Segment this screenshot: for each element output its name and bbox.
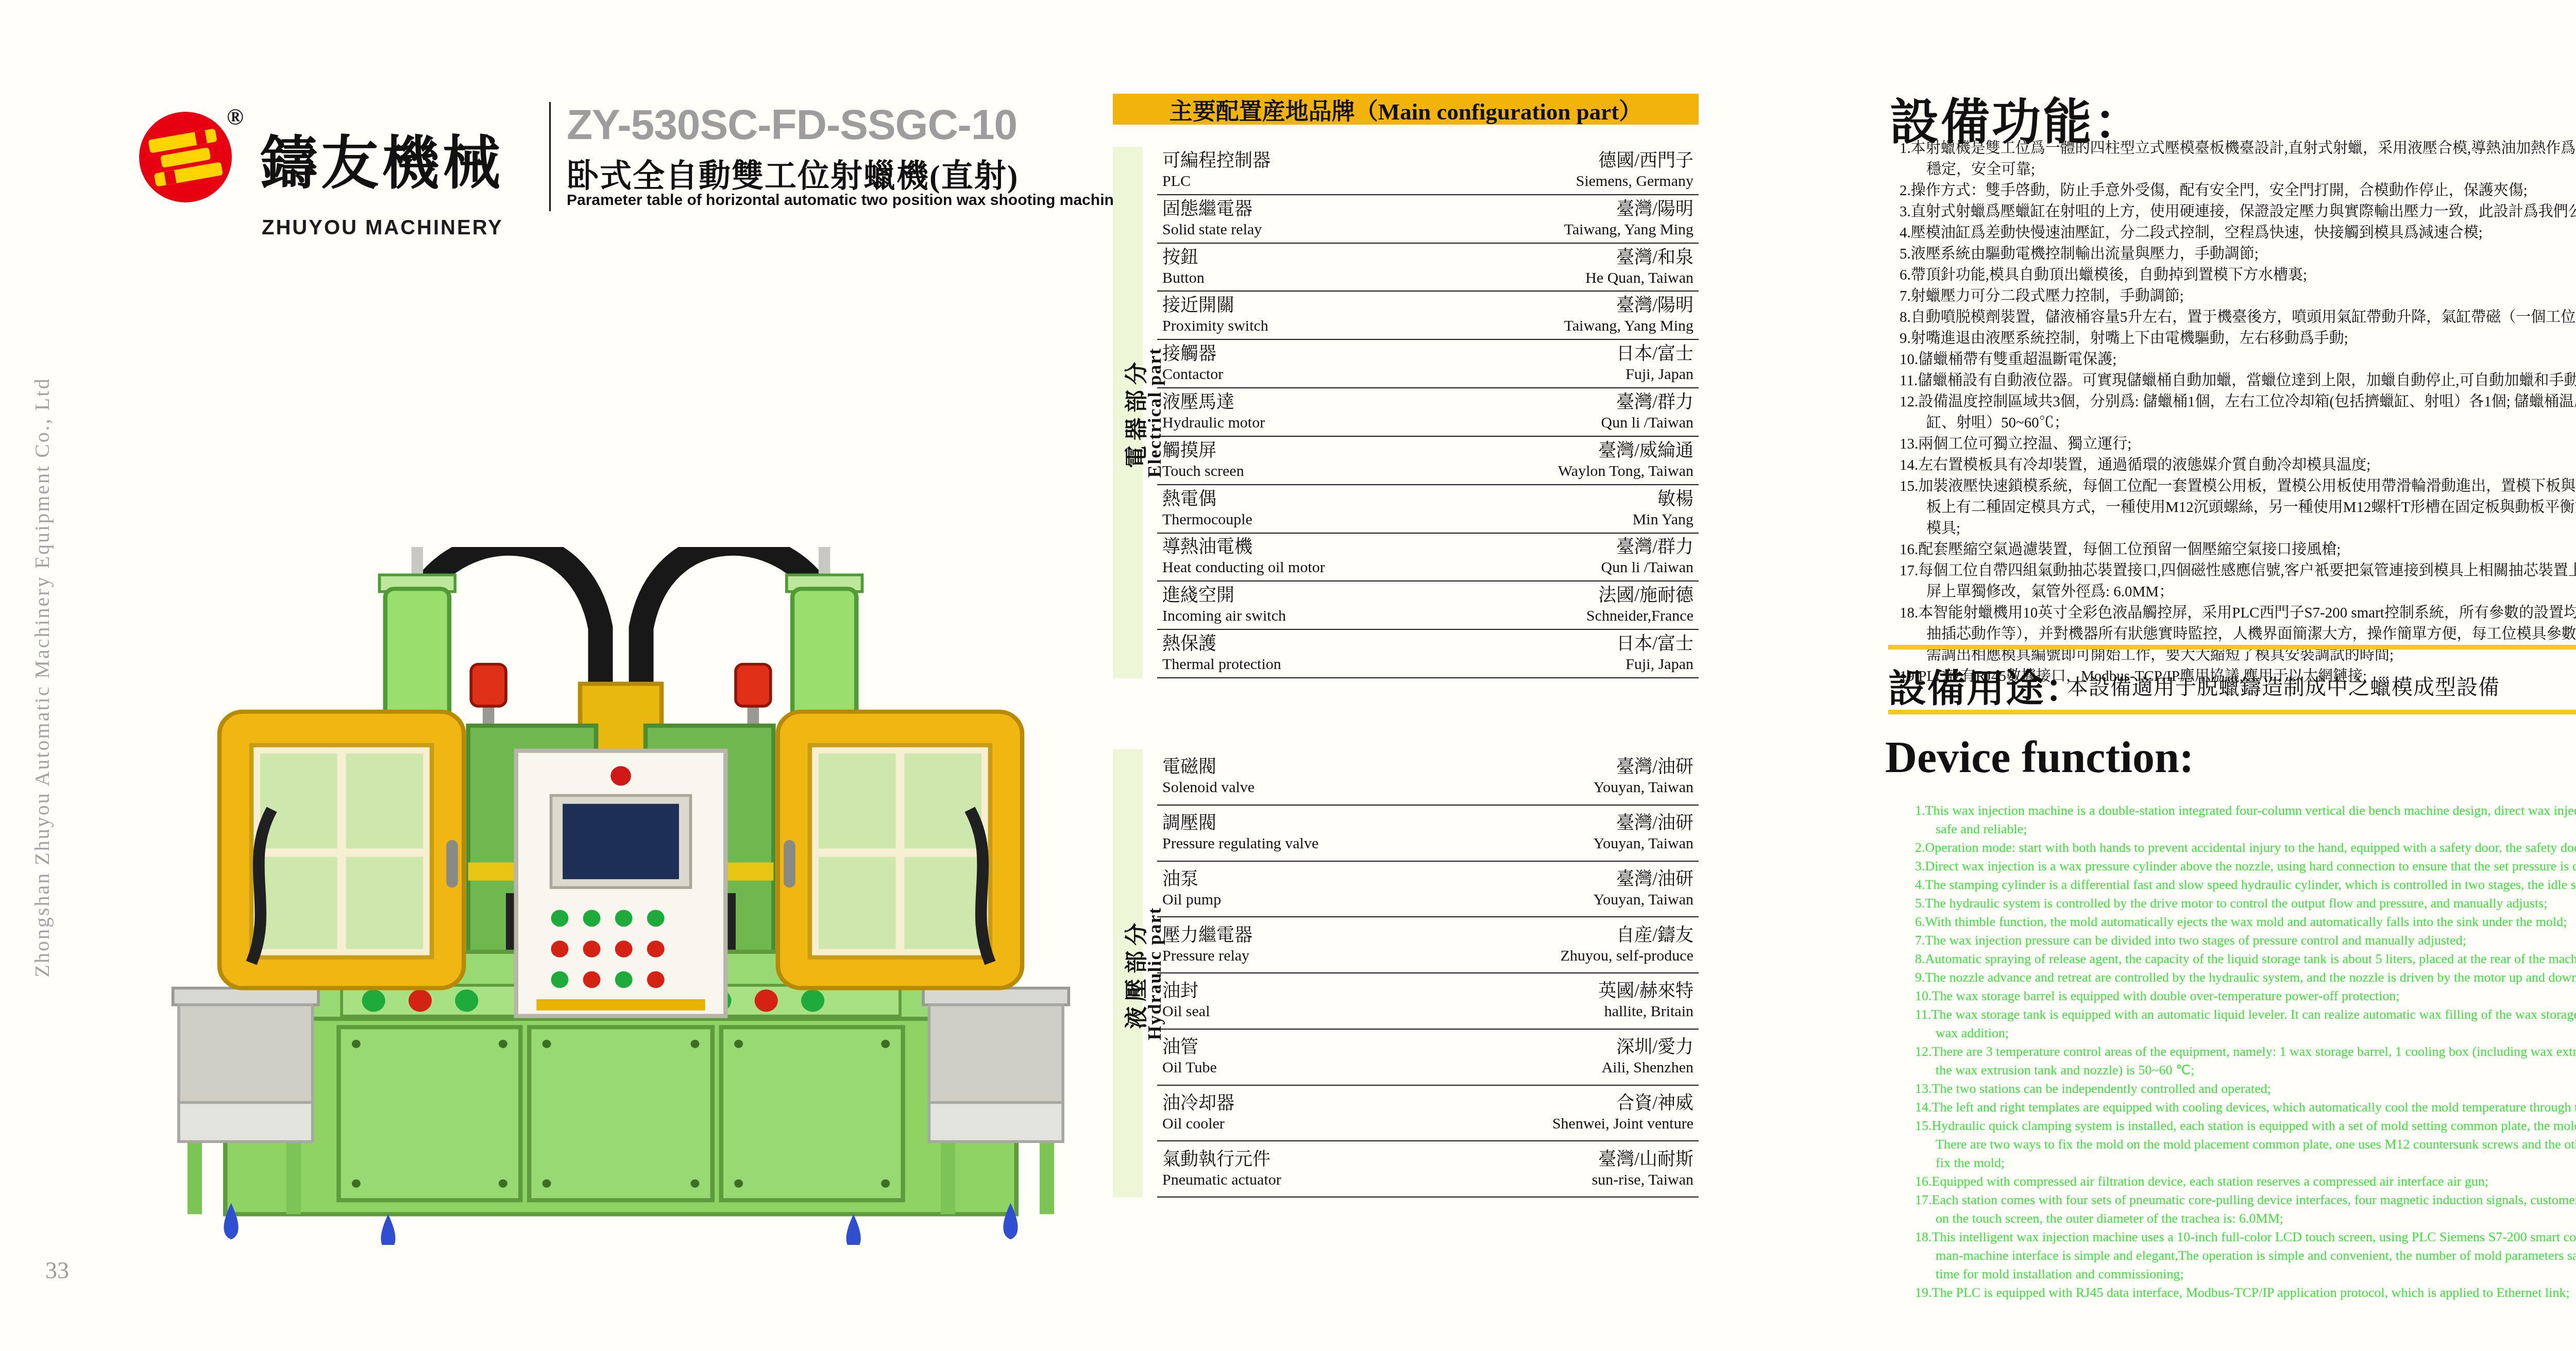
part-origin-cn: 深圳/愛力 — [1450, 1036, 1693, 1058]
part-origin-cn: 臺灣/油研 — [1450, 756, 1693, 778]
list-item: 19.The PLC is equipped with RJ45 data in… — [1915, 1284, 2576, 1302]
list-item: 10.儲蠟桶帶有雙重超温斷電保護; — [1900, 349, 2576, 370]
part-origin: 日本/富士 Fuji, Japan — [1450, 633, 1699, 674]
part-name: 固態繼電器 Solid state relay — [1157, 198, 1450, 240]
part-name: 油冷却器 Oil cooler — [1157, 1092, 1450, 1134]
device-function-en-heading: Device function: — [1885, 731, 2194, 783]
electrical-part-label-en: Electrical part — [1144, 348, 1165, 478]
table-row: 熱保護 Thermal protection 日本/富士 Fuji, Japan — [1157, 630, 1699, 678]
list-item: 3.Direct wax injection is a wax pressure… — [1915, 857, 2576, 876]
list-item: 1.This wax injection machine is a double… — [1915, 801, 2576, 839]
part-origin-en: Youyan, Taiwan — [1450, 834, 1693, 853]
list-item: 6.帶頂針功能,模具自動頂出蠟模後，自動掉到置模下方水槽裏; — [1900, 265, 2576, 286]
list-item: 11.儲蠟桶設有自動液位器。可實現儲蠟桶自動加蠟，當蠟位達到上限，加蠟自動停止,… — [1900, 370, 2576, 391]
part-name: 接觸器 Contactor — [1157, 343, 1450, 384]
part-origin-en: Zhuyou, self-produce — [1450, 946, 1693, 966]
machine-title-en: Parameter table of horizontal automatic … — [567, 192, 1122, 209]
hydraulic-part-label-en: Hydraulic part — [1144, 907, 1165, 1040]
table-row: 固態繼電器 Solid state relay 臺灣/陽明 Taiwang, Y… — [1157, 195, 1699, 244]
part-name: 進綫空開 Incoming air switch — [1157, 585, 1450, 626]
part-name-cn: 壓力繼電器 — [1162, 925, 1450, 946]
part-origin-en: Min Yang — [1450, 510, 1693, 529]
part-name-en: Thermal protection — [1162, 655, 1450, 674]
part-origin: 法國/施耐德 Schneider,France — [1450, 585, 1699, 626]
part-name-cn: 進綫空開 — [1162, 585, 1450, 606]
part-name-cn: 油封 — [1162, 980, 1450, 1002]
table-row: 電磁閥 Solenoid valve 臺灣/油研 Youyan, Taiwan — [1157, 749, 1699, 806]
part-name: 液壓馬達 Hydraulic motor — [1157, 391, 1450, 433]
part-origin-cn: 法國/施耐德 — [1450, 585, 1693, 606]
list-item: 9.射嘴進退由液壓系統控制，射嘴上下由電機驅動，左右移動爲手動; — [1900, 328, 2576, 349]
divider-rule-top — [1888, 645, 2576, 649]
part-name-cn: 油管 — [1162, 1036, 1450, 1058]
sidebar-company-text: Zhongshan Zhuyou Automatic Machinery Equ… — [30, 378, 54, 978]
part-origin-en: Waylon Tong, Taiwan — [1450, 461, 1693, 481]
part-name-en: Button — [1162, 268, 1450, 288]
part-origin-cn: 自産/鑄友 — [1450, 925, 1693, 946]
equipment-usage-cn-heading: 設備用途： — [1888, 658, 2084, 713]
part-name-en: Thermocouple — [1162, 510, 1450, 529]
electrical-part-band: 電器部分 Electrical part — [1113, 147, 1143, 678]
part-origin-cn: 臺灣/群力 — [1450, 391, 1693, 413]
list-item: 2.操作方式：雙手啓動，防止手意外受傷，配有安全門，安全門打開，合模動作停止，保… — [1900, 180, 2576, 201]
part-name: 按鈕 Button — [1157, 247, 1450, 288]
list-item: 6.With thimble function, the mold automa… — [1915, 913, 2576, 931]
list-item: 4.The stamping cylinder is a differentia… — [1915, 876, 2576, 894]
part-name: 導熱油電機 Heat conducting oil motor — [1157, 536, 1450, 577]
part-name-en: Incoming air switch — [1162, 606, 1450, 626]
part-origin-cn: 德國/西門子 — [1450, 150, 1693, 172]
list-item: 12.設備温度控制區域共3個，分别爲: 儲蠟桶1個，左右工位冷却箱(包括擠蠟缸、… — [1900, 391, 2576, 434]
config-section-hydraulic: 液壓部分 Hydraulic part 電磁閥 Solenoid valve 臺… — [1113, 749, 1699, 1198]
part-name-en: PLC — [1162, 172, 1450, 191]
part-origin: 臺灣/陽明 Taiwang, Yang Ming — [1450, 295, 1699, 336]
table-row: 油管 Oil Tube 深圳/愛力 Aili, Shenzhen — [1157, 1030, 1699, 1086]
list-item: 5.The hydraulic system is controlled by … — [1915, 894, 2576, 913]
page-number: 33 — [45, 1257, 69, 1284]
part-name-cn: 導熱油電機 — [1162, 536, 1450, 558]
list-item: 4.壓模油缸爲差動快慢速油壓缸，分二段式控制，空程爲快速，快接觸到模具爲減速合模… — [1900, 223, 2576, 244]
part-origin-en: hallite, Britain — [1450, 1002, 1693, 1021]
equipment-usage-cn-text: 本設備適用于脱蠟鑄造制成中之蠟模成型設備 — [2067, 670, 2500, 700]
part-origin: 深圳/愛力 Aili, Shenzhen — [1450, 1036, 1699, 1078]
list-item: 9.The nozzle advance and retreat are con… — [1915, 968, 2576, 987]
part-origin-en: Taiwang, Yang Ming — [1450, 316, 1693, 336]
part-origin-en: sun-rise, Taiwan — [1450, 1170, 1693, 1190]
table-row: 調壓閥 Pressure regulating valve 臺灣/油研 Youy… — [1157, 806, 1699, 862]
list-item: 8.Automatic spraying of release agent, t… — [1915, 950, 2576, 968]
part-origin: 英國/赫來特 hallite, Britain — [1450, 980, 1699, 1021]
part-name-en: Contactor — [1162, 365, 1450, 384]
part-origin-cn: 日本/富士 — [1450, 343, 1693, 365]
part-name-cn: 熱保護 — [1162, 633, 1450, 655]
list-item: 13.The two stations can be independently… — [1915, 1080, 2576, 1098]
config-table-title: 主要配置産地品牌（Main configuration part） — [1113, 94, 1699, 125]
part-origin: 合資/神威 Shenwei, Joint venture — [1450, 1092, 1699, 1134]
part-name-en: Touch screen — [1162, 461, 1450, 481]
part-name-cn: 接觸器 — [1162, 343, 1450, 365]
part-origin-en: Siemens, Germany — [1450, 172, 1693, 191]
list-item: 2.Operation mode: start with both hands … — [1915, 839, 2576, 857]
list-item: 18.本智能射蠟機用10英寸全彩色液晶觸控屏，采用PLC西門子S7-200 sm… — [1900, 603, 2576, 666]
list-item: 5.液壓系統由驅動電機控制輸出流量與壓力，手動調節; — [1900, 244, 2576, 265]
part-origin: 德國/西門子 Siemens, Germany — [1450, 150, 1699, 191]
hydraulic-rows: 電磁閥 Solenoid valve 臺灣/油研 Youyan, Taiwan … — [1157, 749, 1699, 1198]
part-name-cn: 油冷却器 — [1162, 1092, 1450, 1114]
machine-title-cn: 卧式全自動雙工位射蠟機(直射) — [567, 150, 1019, 196]
list-item: 15.Hydraulic quick clamping system is in… — [1915, 1117, 2576, 1172]
list-item: 16.配套壓縮空氣過濾裝置，每個工位預留一個壓縮空氣接口接風槍; — [1900, 539, 2576, 560]
part-origin: 臺灣/和泉 He Quan, Taiwan — [1450, 247, 1699, 288]
table-row: 油封 Oil seal 英國/赫來特 hallite, Britain — [1157, 973, 1699, 1030]
part-name: 接近開關 Proximity switch — [1157, 295, 1450, 336]
part-name: 觸摸屏 Touch screen — [1157, 440, 1450, 481]
list-item: 18.This intelligent wax injection machin… — [1915, 1228, 2576, 1284]
part-origin-cn: 英國/赫來特 — [1450, 980, 1693, 1002]
part-name-cn: 接近開關 — [1162, 295, 1450, 316]
part-name-cn: 觸摸屏 — [1162, 440, 1450, 461]
part-name-en: Hydraulic motor — [1162, 413, 1450, 433]
device-function-en-list: 1.This wax injection machine is a double… — [1915, 801, 2576, 1302]
part-name-en: Oil seal — [1162, 1002, 1450, 1021]
part-name-en: Solenoid valve — [1162, 778, 1450, 797]
part-name-en: Solid state relay — [1162, 220, 1450, 240]
part-origin-cn: 敏楊 — [1450, 488, 1693, 510]
part-origin-cn: 日本/富士 — [1450, 633, 1693, 655]
part-origin: 自産/鑄友 Zhuyou, self-produce — [1450, 925, 1699, 966]
part-name-en: Pressure regulating valve — [1162, 834, 1450, 853]
part-origin-en: Fuji, Japan — [1450, 655, 1693, 674]
part-origin-cn: 臺灣/威綸通 — [1450, 440, 1693, 461]
divider-rule-bottom — [1888, 710, 2576, 714]
part-origin: 臺灣/威綸通 Waylon Tong, Taiwan — [1450, 440, 1699, 481]
part-origin: 臺灣/陽明 Taiwang, Yang Ming — [1450, 198, 1699, 240]
list-item: 17.Each station comes with four sets of … — [1915, 1191, 2576, 1228]
list-item: 14.左右置模板具有冷却裝置，通過循環的液態媒介質自動冷却模具温度; — [1900, 455, 2576, 476]
table-row: 油泵 Oil pump 臺灣/油研 Youyan, Taiwan — [1157, 862, 1699, 918]
part-name-en: Pneumatic actuator — [1162, 1170, 1450, 1190]
part-origin-en: Youyan, Taiwan — [1450, 890, 1693, 910]
part-origin: 臺灣/群力 Qun li /Taiwan — [1450, 391, 1699, 433]
part-origin-cn: 臺灣/和泉 — [1450, 247, 1693, 268]
list-item: 17.每個工位自帶四組氣動抽芯裝置接口,四個磁性感應信號,客户衹要把氣管連接到模… — [1900, 560, 2576, 603]
part-name-en: Proximity switch — [1162, 316, 1450, 336]
list-item: 10.The wax storage barrel is equipped wi… — [1915, 987, 2576, 1005]
table-row: 接近開關 Proximity switch 臺灣/陽明 Taiwang, Yan… — [1157, 292, 1699, 340]
page-34: Zhongshan Zhuyou Automatic Machinery Equ… — [1771, 0, 2576, 1351]
list-item: 14.The left and right templates are equi… — [1915, 1098, 2576, 1117]
part-name-cn: 氣動執行元件 — [1162, 1149, 1450, 1170]
part-name-en: Pressure relay — [1162, 946, 1450, 966]
table-row: 油冷却器 Oil cooler 合資/神威 Shenwei, Joint ven… — [1157, 1086, 1699, 1142]
part-name-cn: 液壓馬達 — [1162, 391, 1450, 413]
list-item: 1.本射蠟機是雙工位爲一體的四柱型立式壓模臺板機臺設計,直射式射蠟，采用液壓合模… — [1900, 138, 2576, 180]
table-row: 壓力繼電器 Pressure relay 自産/鑄友 Zhuyou, self-… — [1157, 917, 1699, 973]
part-name-en: Oil Tube — [1162, 1058, 1450, 1078]
part-name-en: Heat conducting oil motor — [1162, 558, 1450, 577]
brand-logo-icon: ® — [138, 107, 241, 205]
part-name: 調壓閥 Pressure regulating valve — [1157, 812, 1450, 853]
part-origin-cn: 臺灣/油研 — [1450, 812, 1693, 834]
list-item: 11.The wax storage tank is equipped with… — [1915, 1005, 2576, 1042]
table-row: 進綫空開 Incoming air switch 法國/施耐德 Schneide… — [1157, 582, 1699, 630]
part-origin: 臺灣/群力 Qun li /Taiwan — [1450, 536, 1699, 577]
table-row: 觸摸屏 Touch screen 臺灣/威綸通 Waylon Tong, Tai… — [1157, 437, 1699, 485]
part-origin-cn: 臺灣/油研 — [1450, 868, 1693, 890]
part-name-cn: 固態繼電器 — [1162, 198, 1450, 220]
part-name-cn: 油泵 — [1162, 868, 1450, 890]
part-origin-en: Qun li /Taiwan — [1450, 558, 1693, 577]
part-origin-en: Aili, Shenzhen — [1450, 1058, 1693, 1078]
part-name-cn: 按鈕 — [1162, 247, 1450, 268]
part-origin-cn: 臺灣/群力 — [1450, 536, 1693, 558]
part-origin-en: He Quan, Taiwan — [1450, 268, 1693, 288]
part-origin: 日本/富士 Fuji, Japan — [1450, 343, 1699, 384]
header-divider — [549, 102, 551, 211]
table-row: 可編程控制器 PLC 德國/西門子 Siemens, Germany — [1157, 147, 1699, 195]
table-row: 接觸器 Contactor 日本/富士 Fuji, Japan — [1157, 340, 1699, 388]
part-name-cn: 電磁閥 — [1162, 756, 1450, 778]
part-name: 油管 Oil Tube — [1157, 1036, 1450, 1078]
electrical-rows: 可編程控制器 PLC 德國/西門子 Siemens, Germany 固態繼電器… — [1157, 147, 1699, 678]
part-name: 電磁閥 Solenoid valve — [1157, 756, 1450, 797]
list-item: 7.射蠟壓力可分二段式壓力控制，手動調節; — [1900, 286, 2576, 307]
part-name-cn: 熱電偶 — [1162, 488, 1450, 510]
brand-name-en: ZHUYOU MACHINERY — [262, 216, 503, 240]
part-origin-cn: 臺灣/陽明 — [1450, 198, 1693, 220]
part-name: 氣動執行元件 Pneumatic actuator — [1157, 1149, 1450, 1190]
part-origin-en: Qun li /Taiwan — [1450, 413, 1693, 433]
table-row: 導熱油電機 Heat conducting oil motor 臺灣/群力 Qu… — [1157, 534, 1699, 582]
part-origin: 臺灣/油研 Youyan, Taiwan — [1450, 812, 1699, 853]
brand-name-cn: 鑄友機械 — [260, 117, 503, 200]
part-name: 熱保護 Thermal protection — [1157, 633, 1450, 674]
part-origin: 敏楊 Min Yang — [1450, 488, 1699, 529]
device-function-cn-list: 1.本射蠟機是雙工位爲一體的四柱型立式壓模臺板機臺設計,直射式射蠟，采用液壓合模… — [1900, 138, 2576, 687]
table-row: 氣動執行元件 Pneumatic actuator 臺灣/山耐斯 sun-ris… — [1157, 1141, 1699, 1198]
table-row: 按鈕 Button 臺灣/和泉 He Quan, Taiwan — [1157, 244, 1699, 292]
part-name: 可編程控制器 PLC — [1157, 150, 1450, 191]
table-row: 熱電偶 Thermocouple 敏楊 Min Yang — [1157, 485, 1699, 534]
list-item: 13.兩個工位可獨立控温、獨立運行; — [1900, 434, 2576, 455]
part-name-en: Oil pump — [1162, 890, 1450, 910]
part-origin-en: Schneider,France — [1450, 606, 1693, 626]
list-item: 16.Equipped with compressed air filtrati… — [1915, 1172, 2576, 1191]
part-origin-en: Fuji, Japan — [1450, 365, 1693, 384]
hydraulic-part-band: 液壓部分 Hydraulic part — [1113, 749, 1143, 1198]
config-section-electrical: 電器部分 Electrical part 可編程控制器 PLC 德國/西門子 S… — [1113, 147, 1699, 678]
part-name: 熱電偶 Thermocouple — [1157, 488, 1450, 529]
registered-mark: ® — [227, 104, 244, 130]
page-33: Zhongshan Zhuyou Automatic Machinery Equ… — [0, 0, 1771, 1351]
part-origin-en: Shenwei, Joint venture — [1450, 1114, 1693, 1134]
part-origin-cn: 合資/神威 — [1450, 1092, 1693, 1114]
part-origin-cn: 臺灣/山耐斯 — [1450, 1149, 1693, 1170]
list-item: 15.加裝液壓快速鎖模系統，每個工位配一套置模公用板，置模公用板使用帶滑輪滑動進… — [1900, 476, 2576, 539]
table-row: 液壓馬達 Hydraulic motor 臺灣/群力 Qun li /Taiwa… — [1157, 388, 1699, 437]
list-item: 12.There are 3 temperature control areas… — [1915, 1042, 2576, 1080]
part-name-en: Oil cooler — [1162, 1114, 1450, 1134]
model-number: ZY-530SC-FD-SSGC-10 — [567, 101, 1017, 149]
part-name: 油封 Oil seal — [1157, 980, 1450, 1021]
part-name: 壓力繼電器 Pressure relay — [1157, 925, 1450, 966]
list-item: 7.The wax injection pressure can be divi… — [1915, 931, 2576, 950]
part-origin-en: Taiwang, Yang Ming — [1450, 220, 1693, 240]
part-origin-en: Youyan, Taiwan — [1450, 778, 1693, 797]
part-name-cn: 可編程控制器 — [1162, 150, 1450, 172]
part-name-cn: 調壓閥 — [1162, 812, 1450, 834]
machine-photo-front — [170, 547, 1072, 1245]
list-item: 3.直射式射蠟爲壓蠟缸在射咀的上方，使用硬連接，保證設定壓力與實際輸出壓力一致，… — [1900, 201, 2576, 223]
part-origin: 臺灣/油研 Youyan, Taiwan — [1450, 756, 1699, 797]
part-origin-cn: 臺灣/陽明 — [1450, 295, 1693, 316]
part-origin: 臺灣/山耐斯 sun-rise, Taiwan — [1450, 1149, 1699, 1190]
part-name: 油泵 Oil pump — [1157, 868, 1450, 910]
list-item: 8.自動噴脱模劑裝置，儲液桶容量5升左右，置于機臺後方，噴頭用氣缸帶動升降，氣缸… — [1900, 307, 2576, 328]
part-origin: 臺灣/油研 Youyan, Taiwan — [1450, 868, 1699, 910]
